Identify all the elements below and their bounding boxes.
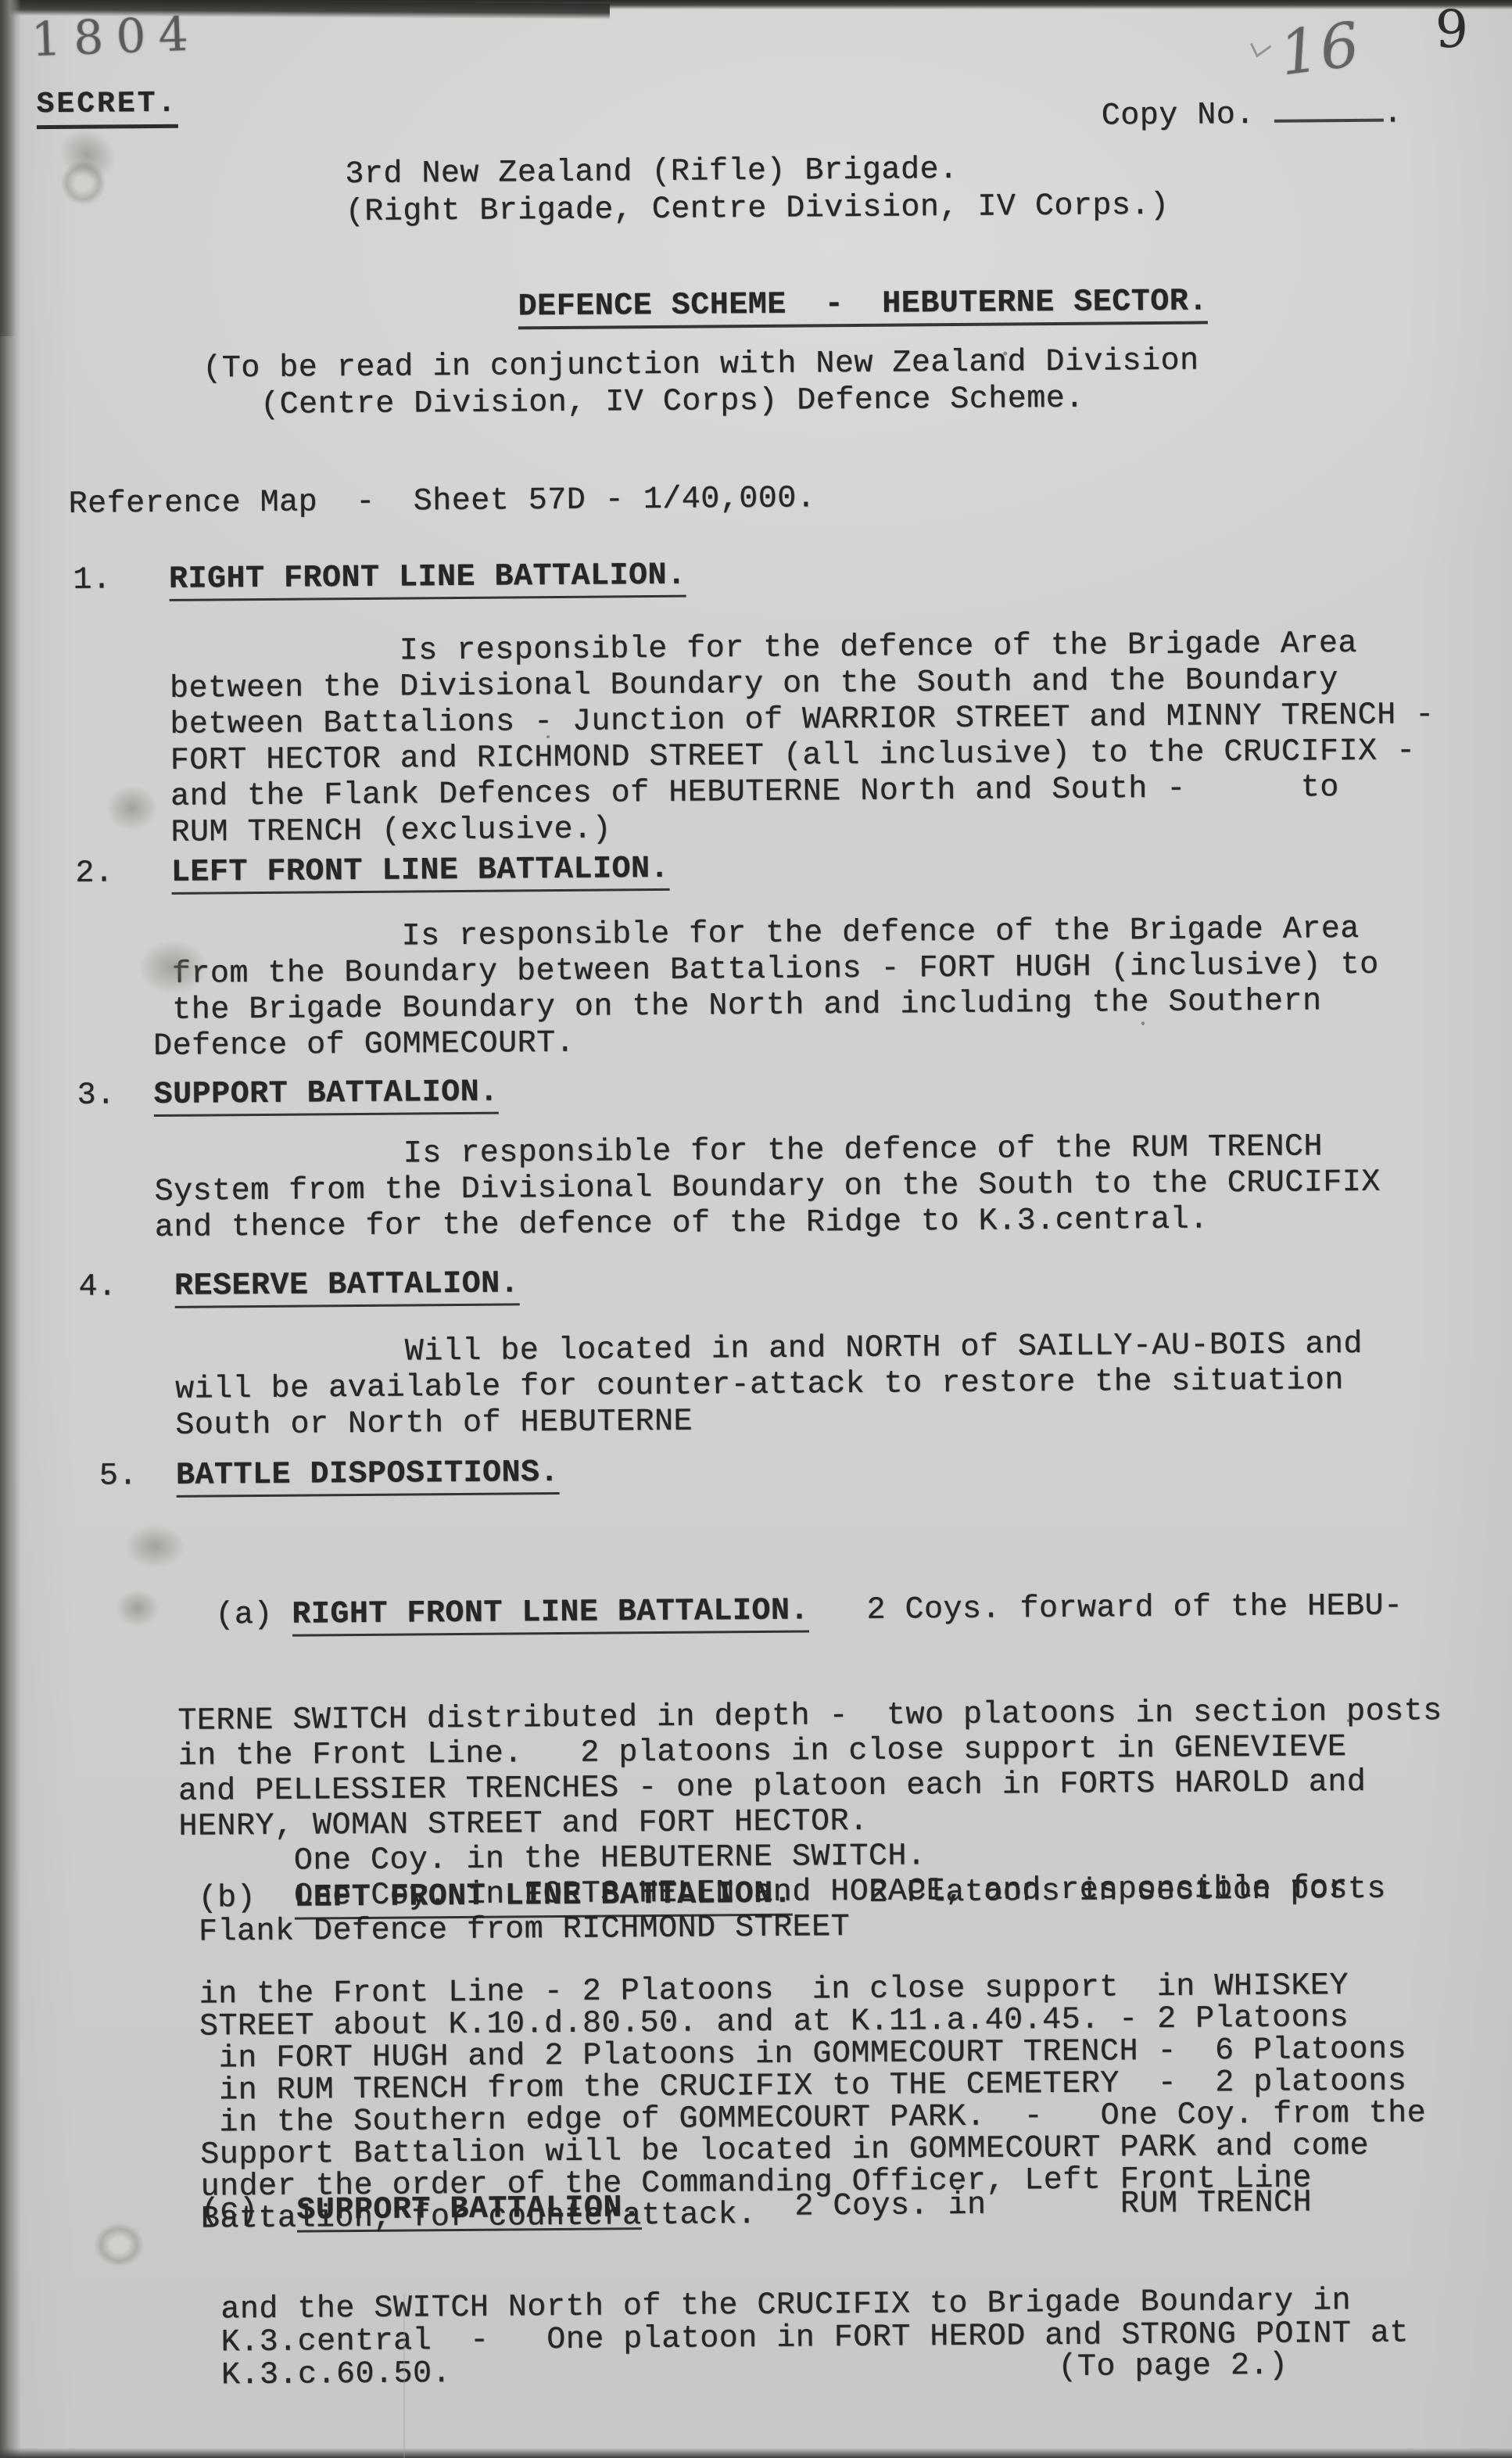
disposition-c-first-line: (c) SUPPORT BATTALION. 2 Coys. in RUM TR…: [86, 2186, 1408, 2229]
section-heading-text: RESERVE BATTALION.: [174, 1266, 519, 1308]
disposition-heading-text: SUPPORT BATTALION.: [296, 2191, 641, 2232]
scanned-document-page: 1804 SECRET. Copy No. 16. 9 3rd New Zeal…: [0, 0, 1512, 2458]
scan-edge-left: [0, 0, 23, 2458]
copy-number: Copy No. 16.: [1102, 82, 1403, 135]
section-5-heading: 5. BATTLE DISPOSITIONS.: [80, 1455, 559, 1495]
disposition-c: (c) SUPPORT BATTALION. 2 Coys. in RUM TR…: [85, 2120, 1410, 2458]
copy-number-value: 16: [1277, 27, 1362, 73]
disposition-first-line-rest: 2 Coys. forward of the HEBU-: [809, 1589, 1403, 1629]
unit-heading: 3rd New Zealand (Rifle) Brigade.(Right B…: [345, 150, 1169, 231]
ink-speck: [1003, 351, 1007, 355]
smudge-stain: [60, 160, 106, 205]
footer-note: (To page 2.): [1058, 2349, 1288, 2386]
disposition-label: (c): [86, 2194, 297, 2230]
disposition-first-line-rest: 2 Coys. in RUM TRENCH: [641, 2185, 1312, 2226]
copy-number-label: Copy No.: [1102, 98, 1255, 135]
page-content: 1804 SECRET. Copy No. 16. 9 3rd New Zeal…: [0, 0, 1512, 2458]
reference-map-line: Reference Map - Sheet 57D - 1/40,000.: [69, 481, 816, 523]
typed-line: (Centre Division, IV Corps) Defence Sche…: [203, 380, 1200, 425]
classification-stamp: SECRET.: [37, 86, 178, 129]
subtitle: (To be read in conjunction with New Zeal…: [202, 343, 1199, 425]
pencil-tick-mark: [1250, 34, 1271, 58]
typed-line: 3rd New Zealand (Rifle) Brigade.: [345, 150, 1169, 194]
disposition-heading-text: LEFT FRONT LINE BATTALION.: [294, 1877, 792, 1920]
section-4-paragraph: Will be located in and NORTH of SAILLY-A…: [79, 1327, 1363, 1445]
disposition-b-first-line: (b) LEFT FRONT LINE BATTALION. 2 Platoon…: [84, 1873, 1425, 1915]
copy-number-suffix: .: [1383, 96, 1403, 131]
document-title-text: DEFENCE SCHEME - HEBUTERNE SECTOR.: [518, 284, 1209, 329]
scan-edge-left-dark: [0, 0, 16, 336]
ink-speck: [1141, 1021, 1145, 1025]
disposition-label: (a): [81, 1598, 292, 1634]
ink-speck: [546, 735, 550, 738]
ink-speck: [1347, 1719, 1350, 1722]
section-4-heading: 4. RESERVE BATTALION.: [78, 1266, 519, 1305]
scan-edge-bottom: [0, 2448, 1512, 2458]
section-heading-text: RIGHT FRONT LINE BATTALION.: [169, 558, 686, 601]
section-3-heading: 3. SUPPORT BATTALION.: [77, 1075, 498, 1114]
section-heading-text: SUPPORT BATTALION.: [153, 1075, 498, 1117]
registry-stamp: 1804: [30, 16, 201, 59]
section-1-heading: 1. RIGHT FRONT LINE BATTALION.: [73, 558, 686, 599]
section-3-paragraph: Is responsible for the defence of the RU…: [77, 1129, 1381, 1247]
section-number: 1.: [73, 562, 169, 598]
disposition-heading-text: RIGHT FRONT LINE BATTALION.: [292, 1593, 809, 1636]
section-heading-text: BATTLE DISPOSITIONS.: [176, 1455, 559, 1498]
section-heading-text: LEFT FRONT LINE BATTALION.: [171, 852, 669, 895]
section-number: 3.: [77, 1078, 153, 1114]
copy-number-blank: 16: [1274, 83, 1383, 123]
section-2-paragraph: Is responsible for the defence of the Br…: [76, 912, 1380, 1066]
typed-line: (Right Brigade, Centre Division, IV Corp…: [346, 188, 1170, 231]
section-number: 2.: [75, 856, 171, 892]
section-1-paragraph: Is responsible for the defence of the Br…: [73, 626, 1435, 852]
page-number: 9: [1435, 12, 1469, 48]
document-title: DEFENCE SCHEME - HEBUTERNE SECTOR.: [518, 284, 1208, 325]
section-number: 4.: [78, 1269, 174, 1305]
paper-crease: [403, 2294, 405, 2458]
section-2-heading: 2. LEFT FRONT LINE BATTALION.: [75, 852, 669, 892]
disposition-label: (b): [84, 1881, 295, 1918]
pencil-smudge: [51, 119, 125, 189]
section-number: 5.: [80, 1459, 176, 1495]
disposition-a-first-line: (a) RIGHT FRONT LINE BATTALION. 2 Coys. …: [81, 1588, 1442, 1634]
disposition-first-line-rest: 2 Platoons in section posts: [792, 1872, 1386, 1912]
